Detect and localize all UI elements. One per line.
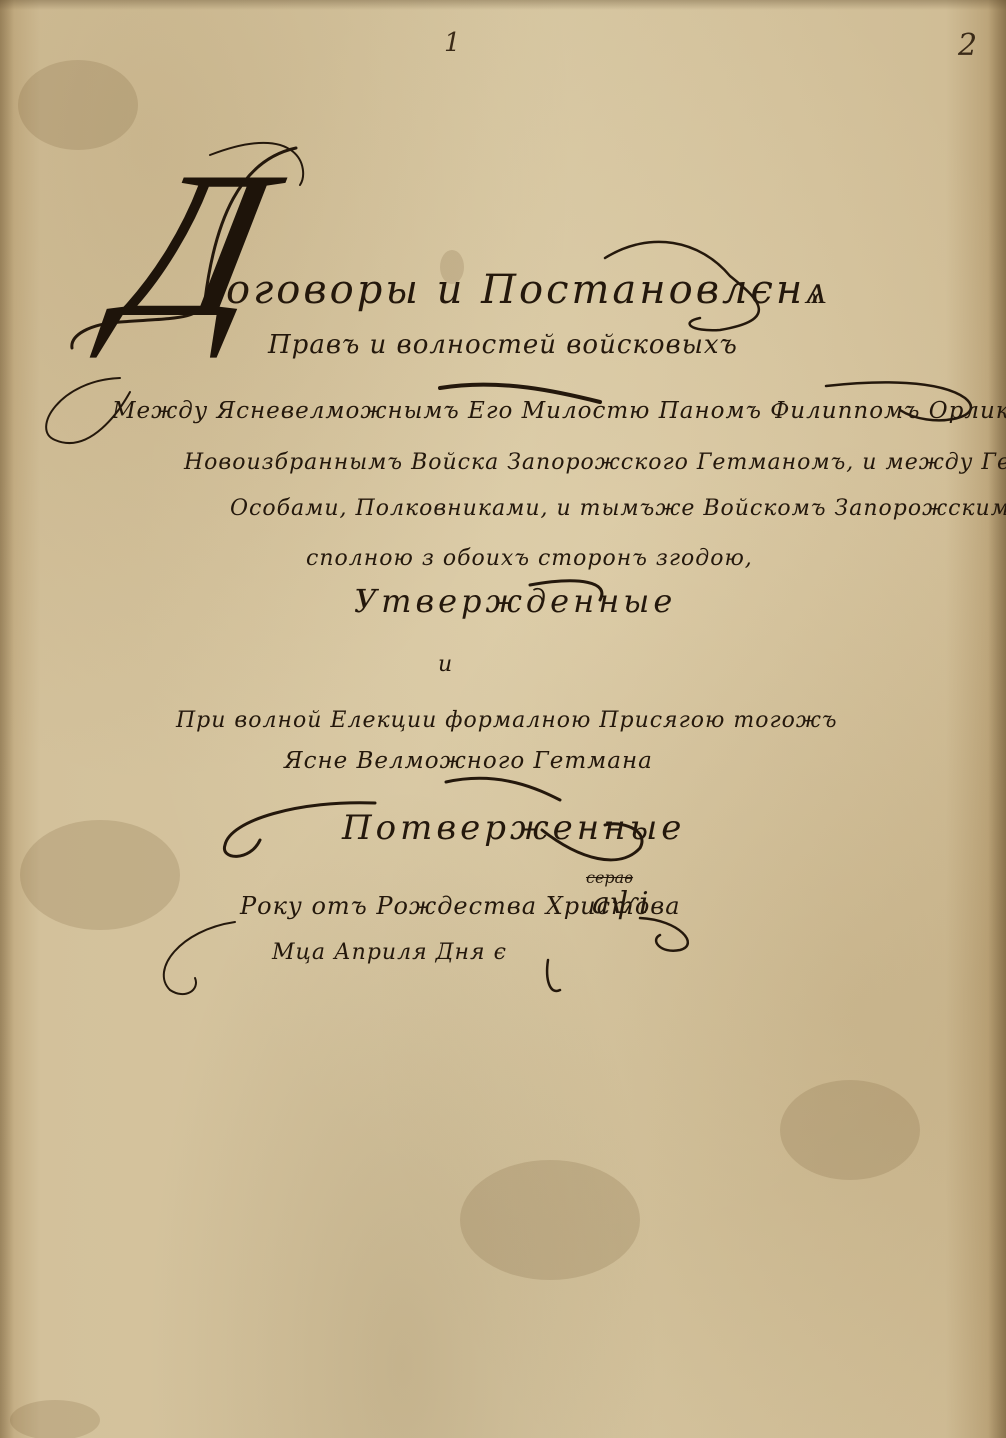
paper-stain [10, 1400, 100, 1438]
page-edge-right [988, 0, 1006, 1438]
body-line-2: Новоизбраннымъ Войска Запорожского Гетма… [184, 450, 1006, 475]
document-title: оговоры и Постановлєнѧ [226, 266, 830, 313]
body-line-1: Между Ясневелможнымъ Его Милостю Паномъ … [112, 398, 1006, 424]
struck-out-text: сераѳ [586, 868, 633, 887]
manuscript-page: 1 2 Д оговоры и Постановлєнѧ Пр [0, 0, 1006, 1438]
title-initial-letter: Д [108, 140, 286, 350]
heading-ratified: Потверженные [342, 808, 685, 848]
folio-mark-right: 2 [958, 28, 977, 63]
folio-mark-left: 1 [444, 28, 461, 58]
second-block-line-1: При волной Елекции формалною Присягою то… [176, 708, 838, 733]
page-edge-left [0, 0, 14, 1438]
body-line-4: сполною з обоихъ сторонъ згодою, [306, 546, 753, 571]
paper-stain [20, 820, 180, 930]
date-year-numerals: аѱі [592, 886, 650, 921]
heading-confirmed: Утвержденные [354, 582, 676, 620]
page-edge-top [0, 0, 1006, 10]
paper-stain [780, 1080, 920, 1180]
date-line-2: Мца Априля Дня є [272, 940, 507, 965]
document-subtitle: Правъ и волностей войсковыхъ [268, 330, 738, 360]
conjunction: и [438, 652, 453, 677]
paper-stain [460, 1160, 640, 1280]
paper-stain [18, 60, 138, 150]
second-block-line-2: Ясне Велможного Гетмана [284, 748, 653, 774]
body-line-3: Особами, Полковниками, и тымъже Войскомъ… [230, 496, 1006, 521]
